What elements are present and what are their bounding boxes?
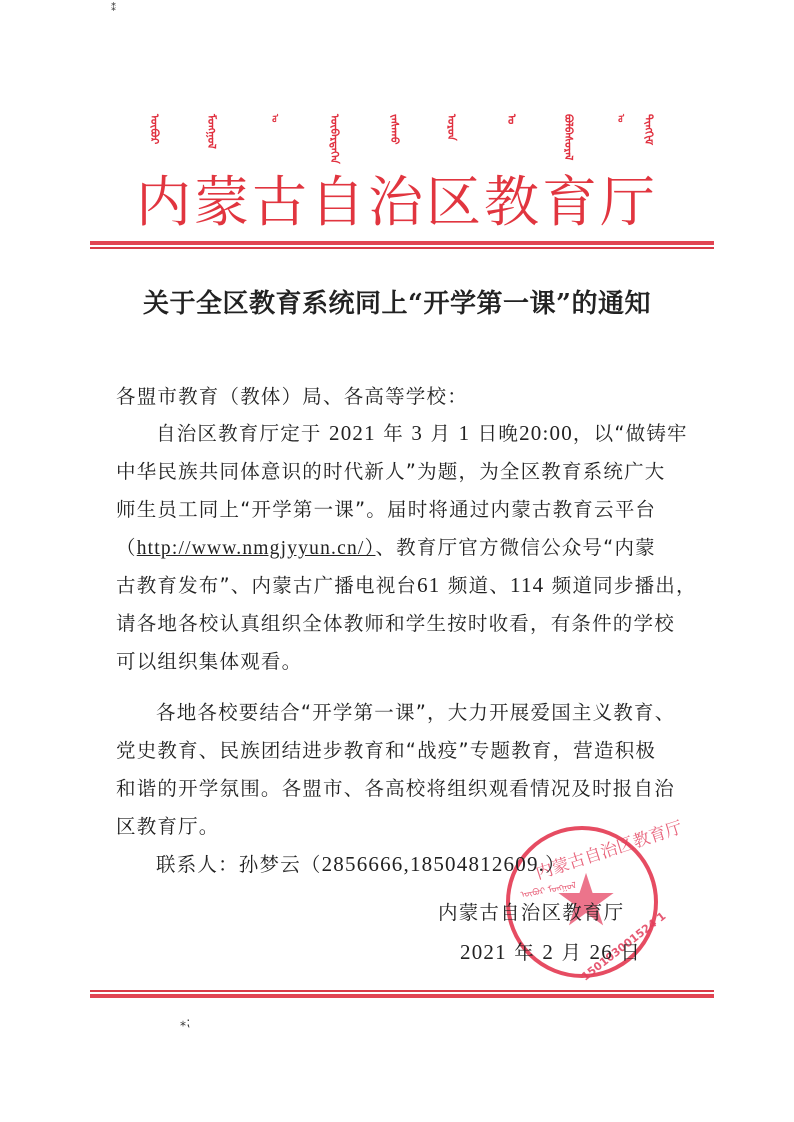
mongolian-word: ᠥᠪᠥᠷ xyxy=(150,114,158,144)
scan-speck: ⁑ xyxy=(111,3,116,14)
paragraph-1-line-2: 中华民族共同体意识的时代新人”为题，为全区教育系统广大 xyxy=(116,456,666,484)
mongolian-word: ᠵᠠᠰᠠᠬᠤ xyxy=(390,114,398,145)
mongolian-word: ᠮᠣᠩᠭᠣᠯ xyxy=(207,114,215,149)
paragraph-2-line-1: 各地各校要结合“开学第一课”，大力开展爱国主义教育、 xyxy=(156,697,675,725)
footer-divider xyxy=(90,990,714,998)
paragraph-1-line-1: 自治区教育厅定于 2021 年 3 月 1 日晚20:00，以“做铸牢 xyxy=(156,418,688,446)
mongolian-word: ᠪᠣᠯᠪᠠᠰᠤᠷᠠᠯ xyxy=(564,114,572,160)
issuing-authority-title: 内蒙古自治区教育厅 xyxy=(0,168,794,236)
mongolian-header: ᠥᠪᠥᠷ ᠮᠣᠩᠭᠣᠯ ᠤ ᠥᠪᠡᠷᠲᠡᠭᠡᠨ ᠵᠠᠰᠠᠬᠤ ᠣᠷᠣᠨ ᠤ ᠪᠣ… xyxy=(150,114,650,172)
contact-line: 联系人：孙梦云（2856666,18504812609.） xyxy=(156,849,566,877)
platform-link[interactable]: http://www.nmgjyyun.cn/） xyxy=(137,538,376,559)
paragraph-2-line-3: 和谐的开学氛围。各盟市、各高校将组织观看情况及时报自治 xyxy=(116,773,675,801)
paragraph-1-line-5: 古教育发布”、内蒙古广播电视台61 频道、114 频道同步播出， xyxy=(116,570,697,598)
header-divider xyxy=(90,241,714,249)
mongolian-word: ᠤ xyxy=(507,114,515,124)
paragraph-2-line-4: 区教育厅。 xyxy=(116,811,220,839)
mongolian-word: ᠲᠢᠩᠬᠢᠮ xyxy=(644,114,652,145)
mongolian-word: ᠣᠷᠣᠨ xyxy=(447,114,455,141)
signature-date: 2021 年 2 月 26 日 xyxy=(460,937,641,965)
paragraph-1-line-3: 师生员工同上“开学第一课”。届时将通过内蒙古教育云平台 xyxy=(116,494,656,522)
paragraph-2-line-2: 党史教育、民族团结进步教育和“战疫”专题教育，营造积极 xyxy=(116,735,656,763)
contact-phone: 2856666,18504812609. xyxy=(322,852,546,876)
paragraph-1-line-6: 请各地各校认真组织全体教师和学生按时收看，有条件的学校 xyxy=(116,608,675,636)
paragraph-1-line-7: 可以组织集体观看。 xyxy=(116,646,302,674)
document-title: 关于全区教育系统同上“开学第一课”的通知 xyxy=(0,283,794,320)
scan-speck: ⁎⁏ xyxy=(180,1015,190,1029)
mongolian-word: ᠥᠪᠡᠷᠲᠡᠭᠡᠨ xyxy=(330,114,338,164)
mongolian-word: ᠤ xyxy=(616,114,624,122)
salutation: 各盟市教育（教体）局、各高等学校： xyxy=(116,381,468,409)
mongolian-word: ᠤ xyxy=(270,114,278,122)
signature-org: 内蒙古自治区教育厅 xyxy=(438,897,624,925)
paragraph-1-line-4: （http://www.nmgjyyun.cn/）、教育厅官方微信公众号“内蒙 xyxy=(116,532,656,560)
